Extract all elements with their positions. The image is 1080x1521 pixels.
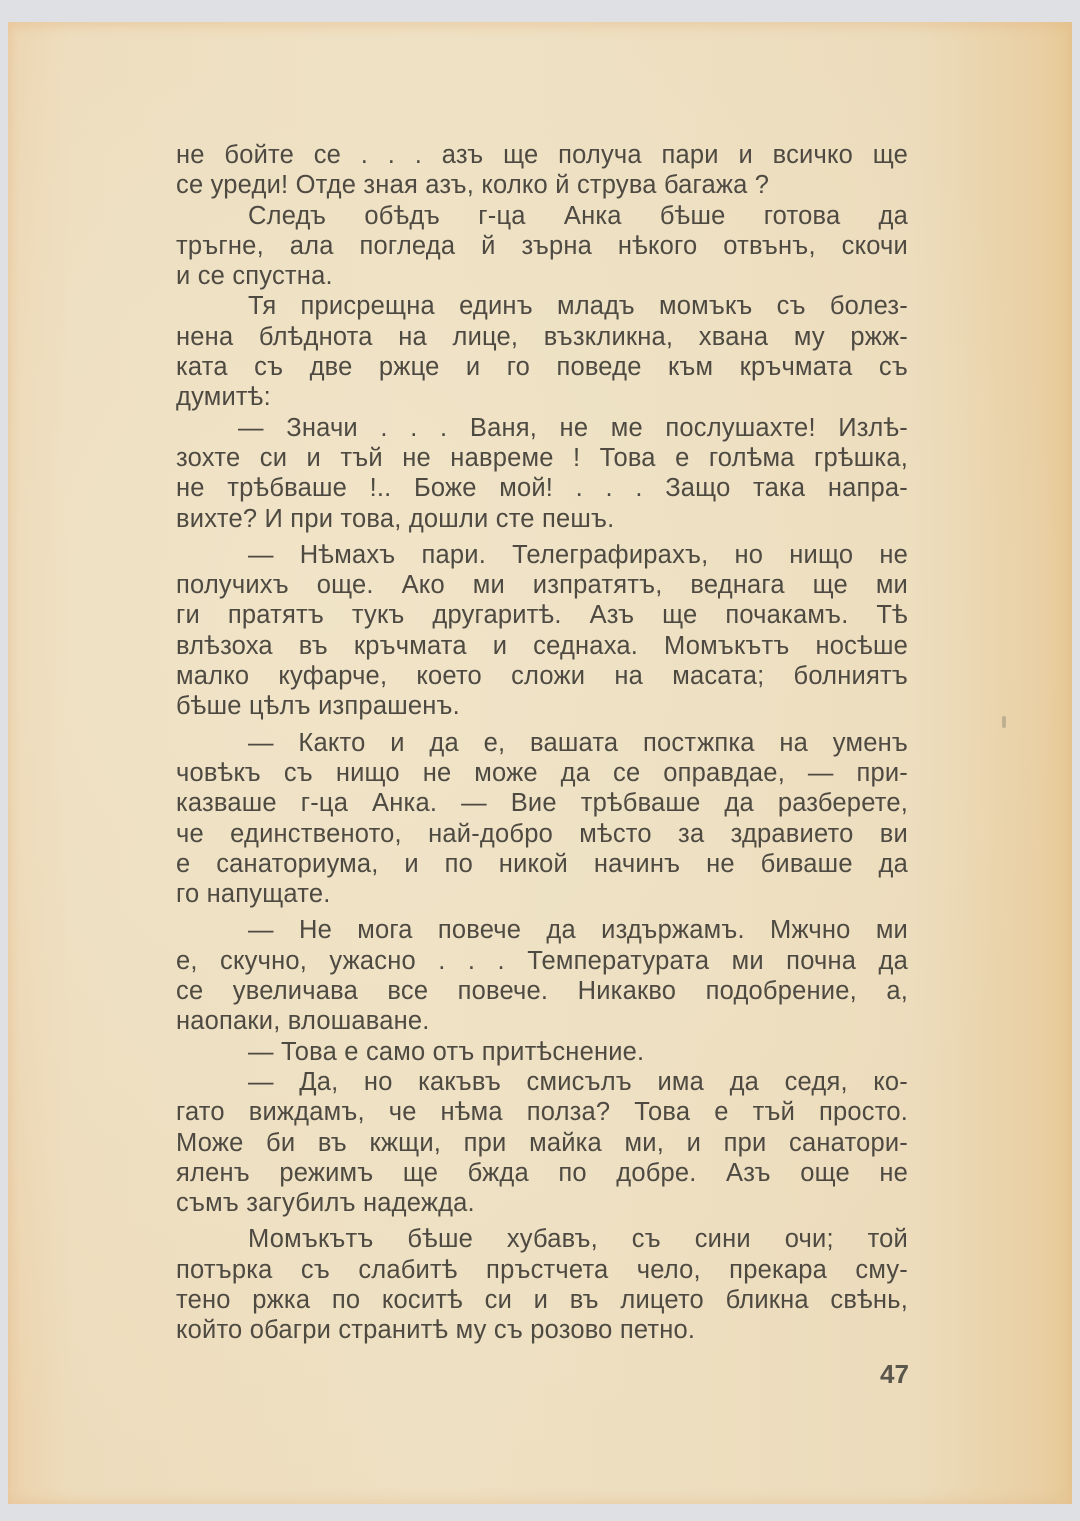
- text-line: и се спустна.: [176, 261, 908, 291]
- scanned-book-page: не бойте се . . . азъ ще получа пари и в…: [8, 22, 1072, 1504]
- text-line: е санаториума, и по никой начинъ не бива…: [176, 849, 908, 879]
- text-line: човѣкъ съ нищо не може да се оправдае, —…: [176, 758, 908, 788]
- text-line: — Това е само отъ притѣснение.: [176, 1037, 908, 1067]
- text-line: Следъ обѣдъ г-ца Анка бѣше готова да: [176, 201, 908, 231]
- text-line: не трѣбваше !.. Боже мой! . . . Защо так…: [176, 473, 908, 503]
- text-line: го напущате.: [176, 879, 908, 909]
- text-line: се увеличава все повече. Никакво подобре…: [176, 976, 908, 1006]
- text-line: малко куфарче, което сложи на масата; бо…: [176, 661, 908, 691]
- text-line: гато виждамъ, че нѣма полза? Това е тъй …: [176, 1097, 908, 1127]
- text-line: наопаки, влошаване.: [176, 1006, 908, 1036]
- text-line: Може би въ кжщи, при майка ми, и при сан…: [176, 1128, 908, 1158]
- text-line: казваше г-ца Анка. — Вие трѣбваше да раз…: [176, 788, 908, 818]
- text-line: получихъ още. Ако ми изпратятъ, веднага …: [176, 570, 908, 600]
- text-line: не бойте се . . . азъ ще получа пари и в…: [176, 140, 908, 170]
- text-line: — Значи . . . Ваня, не ме послушахте! Из…: [176, 413, 908, 443]
- text-line: ката съ две ржце и го поведе към кръчмат…: [176, 352, 908, 382]
- text-line: потърка съ слабитѣ пръстчета чело, прека…: [176, 1255, 908, 1285]
- text-line: Момъкътъ бѣше хубавъ, съ сини очи; той: [176, 1224, 908, 1254]
- text-line: зохте си и тъй не навреме ! Това е голѣм…: [176, 443, 908, 473]
- text-line: който обагри странитѣ му съ розово петно…: [176, 1315, 908, 1345]
- text-line: влѣзоха въ кръчмата и седнаха. Момъкътъ …: [176, 631, 908, 661]
- text-line: тено ржка по коситѣ си и въ лицето бликн…: [176, 1285, 908, 1315]
- text-line: съмъ загубилъ надежда.: [176, 1188, 908, 1218]
- text-line: се уреди! Отде зная азъ, колко й струва …: [176, 170, 908, 200]
- text-line: е, скучно, ужасно . . . Температурата ми…: [176, 946, 908, 976]
- text-line: вихте? И при това, дошли сте пешъ.: [176, 504, 908, 534]
- page-body-text: не бойте се . . . азъ ще получа пари и в…: [176, 140, 908, 1346]
- text-line: яленъ режимъ ще бжда по добре. Азъ още н…: [176, 1158, 908, 1188]
- page-number: 47: [880, 1359, 909, 1390]
- text-line: че единственото, най-добро мѣсто за здра…: [176, 819, 908, 849]
- text-line: бѣше цѣлъ изпрашенъ.: [176, 691, 908, 721]
- text-line: — Да, но какъвъ смисълъ има да седя, ко-: [176, 1067, 908, 1097]
- text-line: тръгне, ала погледа й зърна нѣкого отвън…: [176, 231, 908, 261]
- text-line: — Нѣмахъ пари. Телеграфирахъ, но нищо не: [176, 540, 908, 570]
- text-line: ги пратятъ тукъ другаритѣ. Азъ ще почака…: [176, 600, 908, 630]
- text-line: Тя присрещна единъ младъ момъкъ съ болез…: [176, 291, 908, 321]
- text-line: нена блѣднота на лице, възкликна, хвана …: [176, 322, 908, 352]
- scan-speck: [1002, 716, 1006, 728]
- text-line: — Както и да е, вашата постжпка на уменъ: [176, 728, 908, 758]
- text-line: думитѣ:: [176, 382, 908, 412]
- text-line: — Не мога повече да издържамъ. Мжчно ми: [176, 915, 908, 945]
